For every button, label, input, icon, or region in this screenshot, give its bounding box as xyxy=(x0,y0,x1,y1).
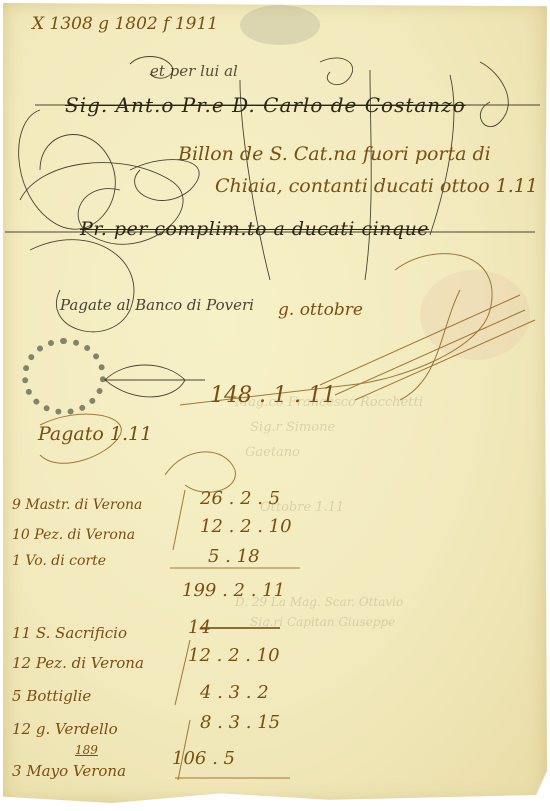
ledger-amount: 5 . 18 xyxy=(208,546,260,567)
ledger-amount: 12 . 2 . 10 xyxy=(188,645,280,666)
ledger-item: Mayo Verona xyxy=(26,762,126,780)
ledger-row: 1 Vo. di corte xyxy=(12,553,106,569)
ledger-amount: 14 xyxy=(188,617,211,638)
ledger-amount: 26 . 2 . 5 xyxy=(200,488,280,509)
ledger-qty: 5 xyxy=(12,687,22,705)
ledger-row: 9 Mastr. di Verona xyxy=(12,497,142,513)
ledger-row: 5 Bottiglie xyxy=(12,687,91,705)
calligraphy-line-3: Pr. per complim.to a ducati cinque xyxy=(80,218,429,240)
calligraphy-line-2: et per lui al xyxy=(150,62,238,80)
ledger-item: g. Verdello xyxy=(36,720,118,738)
ledger-row: 11 S. Sacrificio xyxy=(12,624,127,642)
ledger-item: Pez. di Verona xyxy=(36,654,144,672)
ledger-qty: 10 xyxy=(12,527,30,543)
ledger-item: Bottiglie xyxy=(26,687,91,705)
pink-stain-right xyxy=(420,270,530,360)
archive-marks: X 1308 g 1802 f 1911 xyxy=(32,14,218,34)
calligraphy-line-1: Sig. Ant.o Pr.e D. Carlo de Costanzo xyxy=(65,93,466,117)
ledger-amount: 12 . 2 . 10 xyxy=(200,516,292,537)
bleed-through-line: Sig.r Simone xyxy=(250,420,335,435)
paid-line: Pagato 1.11 xyxy=(38,423,152,445)
body-line-1: Billon de S. Cat.na fuori porta di xyxy=(178,143,491,165)
amount-total: 148 . 1 . 11 xyxy=(210,383,336,408)
ink-seal-ring xyxy=(22,338,106,415)
ledger-item: Pez. di Verona xyxy=(34,527,135,543)
ledger-amount: 106 . 5 xyxy=(172,748,235,769)
ledger-row: 3 Mayo Verona xyxy=(12,762,126,780)
calligraphy-line-4: Pagate al Banco di Poveri xyxy=(60,296,254,314)
ledger-row: 12 Pez. di Verona xyxy=(12,654,144,672)
ledger-above-note: 189 xyxy=(75,743,98,757)
ledger-amount: 8 . 3 . 15 xyxy=(200,712,280,733)
ledger-qty: 11 xyxy=(12,624,31,642)
ledger-row: 10 Pez. di Verona xyxy=(12,527,135,543)
body-line-2: Chiaia, contanti ducati ottoo 1.11 xyxy=(215,175,538,197)
bleed-through-line: Sig.ri Capitan Giuseppe xyxy=(250,615,395,629)
ledger-qty: 3 xyxy=(12,762,22,780)
body-line-3: g. ottobre xyxy=(278,300,363,320)
ledger-item: Vo. di corte xyxy=(25,553,106,569)
ledger-qty: 12 xyxy=(12,720,31,738)
ledger-qty: 9 xyxy=(12,497,21,513)
water-stain-top xyxy=(240,5,320,45)
ledger-item: Mastr. di Verona xyxy=(25,497,142,513)
ledger-amount: 4 . 3 . 2 xyxy=(200,682,269,703)
ledger-row: 12 g. Verdello xyxy=(12,720,118,738)
ledger-qty: 12 xyxy=(12,654,31,672)
ledger-item: S. Sacrificio xyxy=(36,624,127,642)
ledger-qty: 1 xyxy=(12,553,21,569)
bleed-through-line: Gaetano xyxy=(245,445,300,460)
ledger-subtotal: 199 . 2 . 11 xyxy=(182,580,285,601)
